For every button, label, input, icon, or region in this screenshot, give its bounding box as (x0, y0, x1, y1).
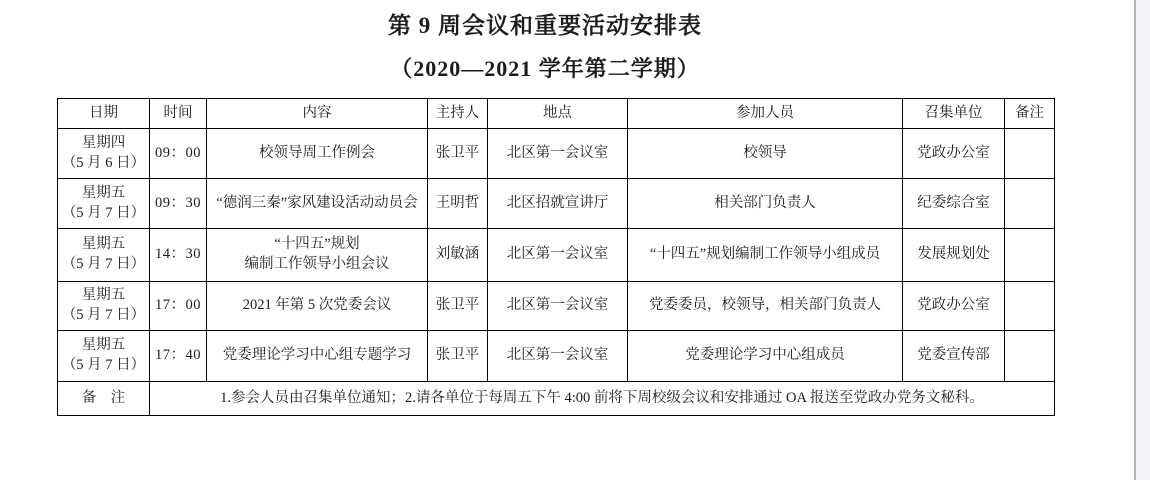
cell-location: 北区第一会议室 (488, 129, 628, 179)
cell-date: 星期五 （5 月 7 日） (58, 179, 150, 229)
col-header-location: 地点 (488, 99, 628, 129)
table-row: 星期五 （5 月 7 日） 09：30 “德润三秦”家风建设活动动员会 王明哲 … (58, 179, 1055, 229)
cell-host: 张卫平 (428, 282, 488, 331)
footer-label: 备 注 (58, 382, 150, 416)
table-footer-row: 备 注 1.参会人员由召集单位通知；2.请各单位于每周五下午 4:00 前将下周… (58, 382, 1055, 416)
cell-date: 星期五 （5 月 7 日） (58, 229, 150, 282)
col-header-host: 主持人 (428, 99, 488, 129)
cell-remark (1005, 129, 1055, 179)
table-row: 星期四 （5 月 6 日） 09：00 校领导周工作例会 张卫平 北区第一会议室… (58, 129, 1055, 179)
cell-participants: 党委委员，校领导，相关部门负责人 (628, 282, 903, 331)
cell-host: 王明哲 (428, 179, 488, 229)
cell-date: 星期五 （5 月 7 日） (58, 282, 150, 331)
col-header-date: 日期 (58, 99, 150, 129)
cell-content: 校领导周工作例会 (207, 129, 428, 179)
table-row: 星期五 （5 月 7 日） 17：40 党委理论学习中心组专题学习 张卫平 北区… (58, 331, 1055, 382)
cell-time: 09：00 (150, 129, 207, 179)
cell-time: 17：40 (150, 331, 207, 382)
cell-participants: 校领导 (628, 129, 903, 179)
cell-time: 17：00 (150, 282, 207, 331)
cell-date: 星期四 （5 月 6 日） (58, 129, 150, 179)
document-viewer: 第 9 周会议和重要活动安排表 （2020—2021 学年第二学期） 日期 时间… (0, 0, 1150, 480)
cell-location: 北区招就宣讲厅 (488, 179, 628, 229)
cell-date: 星期五 （5 月 7 日） (58, 331, 150, 382)
col-header-organizer: 召集单位 (903, 99, 1005, 129)
page-title: 第 9 周会议和重要活动安排表 (0, 11, 1090, 41)
cell-participants: 相关部门负责人 (628, 179, 903, 229)
cell-host: 刘敏涵 (428, 229, 488, 282)
document-heading: 第 9 周会议和重要活动安排表 （2020—2021 学年第二学期） (0, 11, 1090, 84)
cell-remark (1005, 331, 1055, 382)
col-header-remark: 备注 (1005, 99, 1055, 129)
cell-remark (1005, 282, 1055, 331)
col-header-participants: 参加人员 (628, 99, 903, 129)
table-row: 星期五 （5 月 7 日） 14：30 “十四五”规划 编制工作领导小组会议 刘… (58, 229, 1055, 282)
cell-organizer: 党政办公室 (903, 129, 1005, 179)
header-row: 日期 时间 内容 主持人 地点 参加人员 召集单位 备注 (58, 99, 1055, 129)
cell-location: 北区第一会议室 (488, 229, 628, 282)
col-header-time: 时间 (150, 99, 207, 129)
cell-organizer: 党政办公室 (903, 282, 1005, 331)
table-row: 星期五 （5 月 7 日） 17：00 2021 年第 5 次党委会议 张卫平 … (58, 282, 1055, 331)
page-subtitle: （2020—2021 学年第二学期） (0, 54, 1090, 84)
schedule-table: 日期 时间 内容 主持人 地点 参加人员 召集单位 备注 星期四 （5 月 6 … (57, 98, 1055, 416)
cell-remark (1005, 179, 1055, 229)
cell-host: 张卫平 (428, 331, 488, 382)
cell-participants: “十四五”规划编制工作领导小组成员 (628, 229, 903, 282)
cell-time: 09：30 (150, 179, 207, 229)
cell-time: 14：30 (150, 229, 207, 282)
cell-organizer: 党委宣传部 (903, 331, 1005, 382)
cell-location: 北区第一会议室 (488, 282, 628, 331)
col-header-content: 内容 (207, 99, 428, 129)
document-page: 第 9 周会议和重要活动安排表 （2020—2021 学年第二学期） 日期 时间… (0, 0, 1134, 480)
viewer-right-gutter (1134, 0, 1150, 480)
cell-organizer: 发展规划处 (903, 229, 1005, 282)
cell-content: “德润三秦”家风建设活动动员会 (207, 179, 428, 229)
cell-location: 北区第一会议室 (488, 331, 628, 382)
cell-content: 2021 年第 5 次党委会议 (207, 282, 428, 331)
cell-participants: 党委理论学习中心组成员 (628, 331, 903, 382)
cell-content: 党委理论学习中心组专题学习 (207, 331, 428, 382)
footer-note: 1.参会人员由召集单位通知；2.请各单位于每周五下午 4:00 前将下周校级会议… (150, 382, 1055, 416)
cell-remark (1005, 229, 1055, 282)
cell-content: “十四五”规划 编制工作领导小组会议 (207, 229, 428, 282)
cell-organizer: 纪委综合室 (903, 179, 1005, 229)
cell-host: 张卫平 (428, 129, 488, 179)
